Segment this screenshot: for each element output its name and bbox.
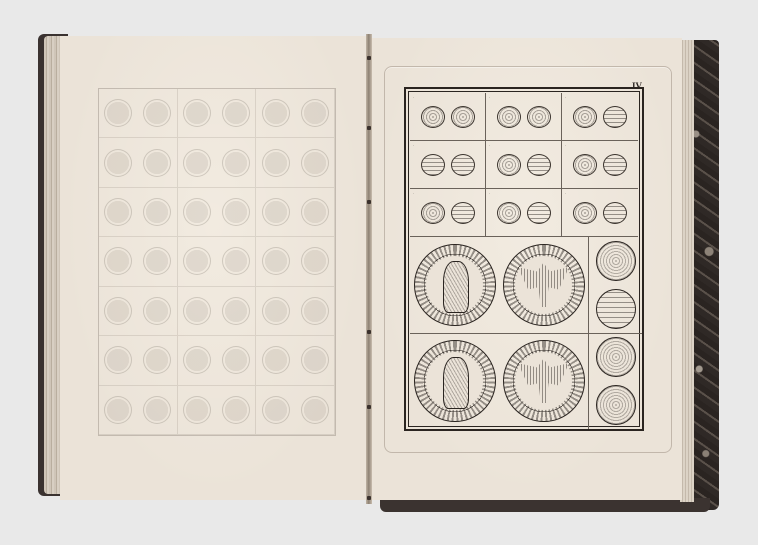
ghost-coin [222,297,250,325]
coin-cell: · [486,189,562,237]
coin-obverse [573,106,597,128]
coin-obverse [497,154,521,176]
ghost-cell [178,89,257,138]
coin-reverse-inscription [603,154,627,176]
coin-obverse [497,106,521,128]
cell-number: · [413,191,414,196]
ghost-coin [262,198,290,226]
ghost-coin [222,99,250,127]
coin-obverse [421,106,445,128]
ghost-coin [301,149,329,177]
ghost-coin [222,346,250,374]
coin-cell: · [562,93,638,141]
coin-obverse-inscription [421,154,445,176]
ghost-coin [104,99,132,127]
binding-stitch [367,200,371,204]
ghost-coin [104,247,132,275]
ghost-cell [256,237,335,286]
cell-number: · [413,95,414,100]
cell-number: · [565,143,566,148]
seal-inscription [596,289,636,329]
binding-stitch [367,56,371,60]
coin-cell: · [486,93,562,141]
coin-reverse-inscription [527,154,551,176]
cell-number: · [489,95,490,100]
ghost-coin [183,149,211,177]
ghost-coin [262,247,290,275]
coin-obverse [497,202,521,224]
coin-reverse-inscription [603,106,627,128]
ghost-coin [301,346,329,374]
ghost-coin [183,99,211,127]
ghost-coin [183,396,211,424]
small-coin-grid: · · · · · · · · · [410,93,638,237]
coin-reverse [527,106,551,128]
coin-cell: · [410,141,486,189]
ghost-coin [262,297,290,325]
ghost-coin [222,396,250,424]
ghost-coin [222,247,250,275]
coin-cell: · [410,189,486,237]
ghost-coin [301,247,329,275]
ghost-coin [183,297,211,325]
binding-stitch [367,496,371,500]
ghost-coin [262,396,290,424]
ghost-cell [256,138,335,187]
medal-obverse-portrait [414,340,496,422]
cell-number: · [413,143,414,148]
ghost-coin [104,297,132,325]
ghost-cell [99,89,178,138]
ghost-coin [301,297,329,325]
ghost-coin [301,99,329,127]
ghost-coin [143,396,171,424]
seal-portrait [596,337,636,377]
ghost-coin [104,149,132,177]
medal-reverse-eagle [503,244,585,326]
ghost-cell [256,336,335,385]
ghost-cell [256,89,335,138]
ghost-cell [178,188,257,237]
ghost-cell [99,138,178,187]
portrait-figure [443,261,469,313]
cell-number: · [565,95,566,100]
coin-cell: · [562,141,638,189]
ghost-coin [143,149,171,177]
seal-eagle [596,241,636,281]
coin-reverse-inscription [451,202,475,224]
ghost-cell [99,336,178,385]
ghost-coin [301,396,329,424]
cell-number: · [489,143,490,148]
coin-cell: · [410,93,486,141]
medal-pair [410,237,589,334]
medal-pair [410,333,589,429]
show-through-grid [98,88,336,436]
ghost-coin [183,198,211,226]
binding-stitch [367,126,371,130]
medal-obverse-portrait [414,244,496,326]
ghost-cell [178,138,257,187]
ghost-coin [143,297,171,325]
seal-pair [589,333,642,429]
ghost-cell [256,287,335,336]
ghost-coin [183,346,211,374]
ghost-cell [99,386,178,435]
ghost-coin [104,198,132,226]
book-cover-bottom-edge [380,498,710,512]
ghost-cell [178,287,257,336]
coin-reverse [451,106,475,128]
seal-pair [589,237,642,334]
page-stack-right [680,40,694,502]
coin-reverse-inscription [451,154,475,176]
ghost-coin [104,396,132,424]
ghost-coin [143,99,171,127]
ghost-coin [301,198,329,226]
open-book: IV · · · · · · · · · [0,0,758,545]
ghost-cell [178,237,257,286]
medal-reverse-eagle [503,340,585,422]
ghost-coin [262,99,290,127]
cell-number: · [565,191,566,196]
ghost-cell [99,237,178,286]
ghost-coin [262,149,290,177]
ghost-coin [143,247,171,275]
coin-reverse-inscription [527,202,551,224]
ghost-cell [178,336,257,385]
ghost-cell [178,386,257,435]
ghost-cell [256,386,335,435]
coin-obverse [421,202,445,224]
ghost-cell [99,188,178,237]
portrait-figure [443,357,469,409]
ghost-coin [222,149,250,177]
ghost-coin [262,346,290,374]
engraving-plate: · · · · · · · · · [404,87,644,431]
coin-reverse-inscription [603,202,627,224]
ghost-coin [143,198,171,226]
coin-cell: · [562,189,638,237]
large-medal-area [410,237,638,429]
cell-number: · [489,191,490,196]
ghost-cell [256,188,335,237]
seal-eagle [596,385,636,425]
ghost-cell [99,287,178,336]
coin-cell: · [486,141,562,189]
coin-obverse [573,202,597,224]
ghost-coin [104,346,132,374]
binding-stitch [367,405,371,409]
binding-stitch [367,330,371,334]
coin-obverse [573,154,597,176]
ghost-coin [222,198,250,226]
ghost-coin [143,346,171,374]
ghost-coin [183,247,211,275]
book-gutter [366,34,372,504]
